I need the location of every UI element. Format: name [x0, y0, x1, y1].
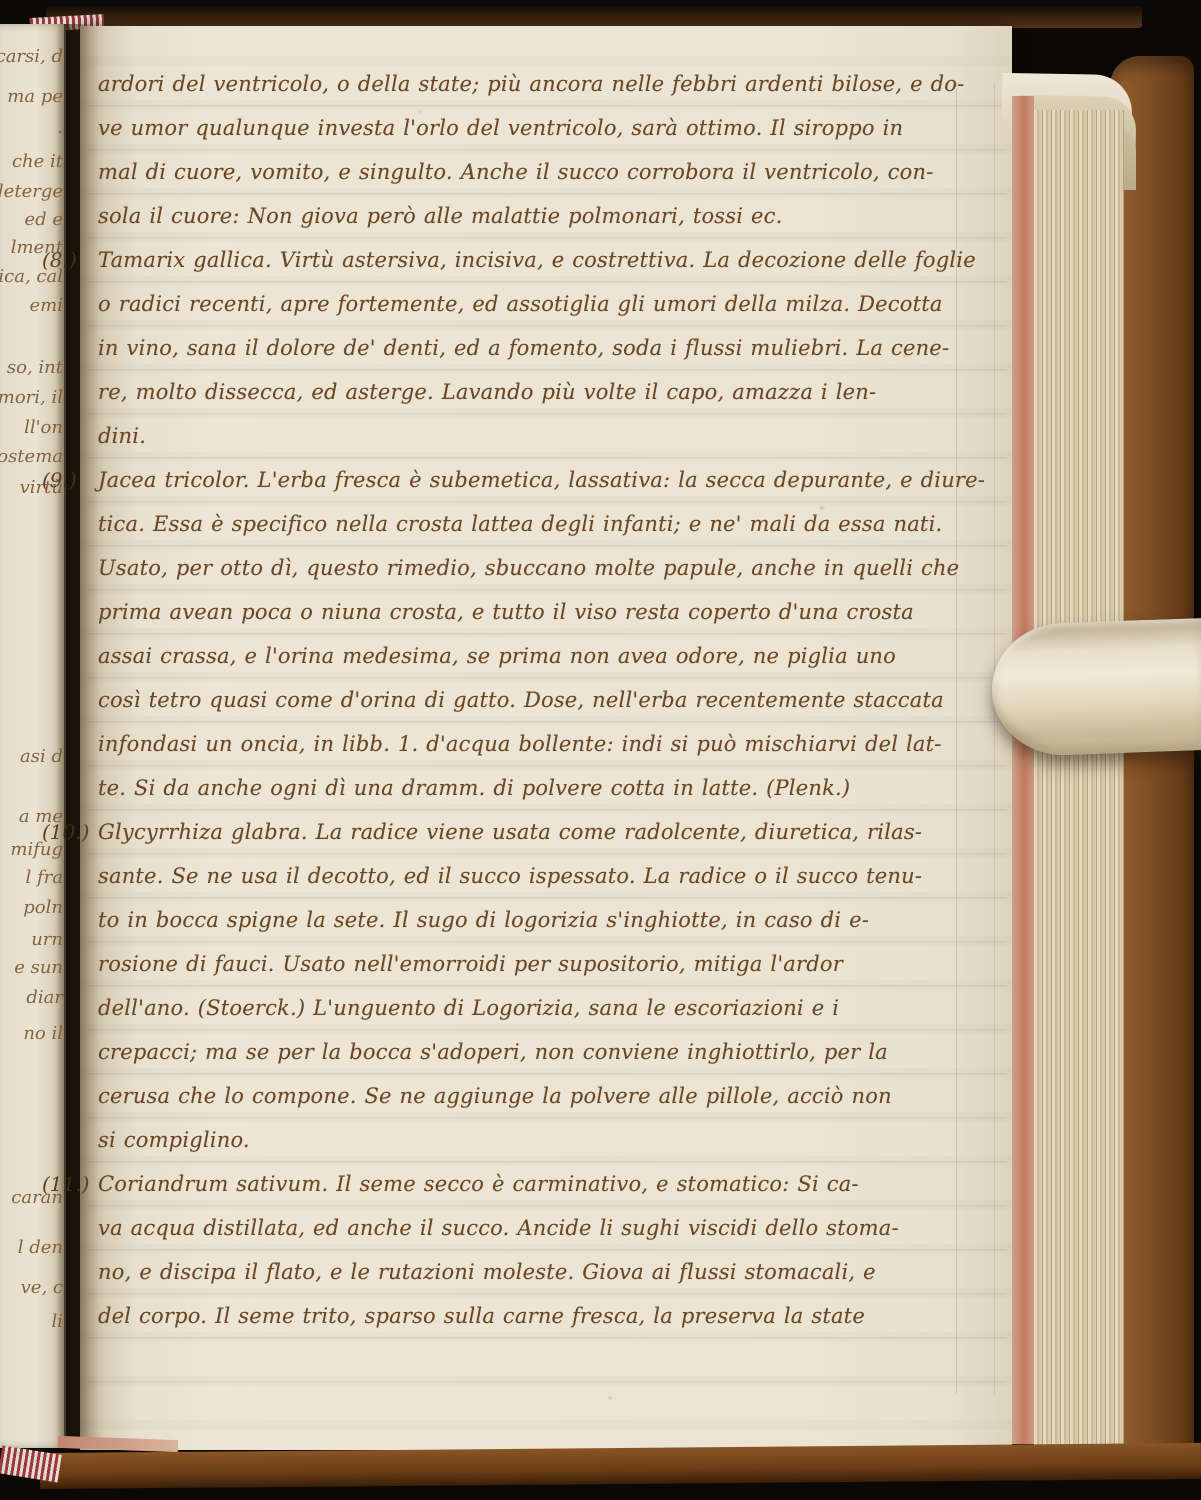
manuscript-line: mal di cuore, vomito, e singulto. Anche … [98, 150, 998, 194]
facing-page-fragment: urn [31, 929, 63, 951]
manuscript-line: così tetro quasi come d'orina di gatto. … [98, 678, 998, 722]
facing-page-fragment: mori, il [0, 387, 63, 409]
manuscript-entry: (8.)Tamarix gallica. Virtù astersiva, in… [98, 238, 998, 458]
manuscript-line: rosione di fauci. Usato nell'emorroidi p… [98, 942, 998, 986]
manuscript-line: tica. Essa è specifico nella crosta latt… [98, 502, 998, 546]
manuscript-line: crepacci; ma se per la bocca s'adoperi, … [98, 1030, 998, 1074]
facing-page-fragment: ll'on [24, 417, 63, 439]
manuscript-line: prima avean poca o niuna crosta, e tutto… [98, 590, 998, 634]
facing-page-fragment: poln [23, 897, 63, 919]
facing-page-fragment: ma pe [7, 86, 63, 108]
manuscript-line: in vino, sana il dolore de' denti, ed a … [98, 326, 998, 370]
manuscript-line: cerusa che lo compone. Se ne aggiunge la… [98, 1074, 998, 1118]
manuscript-entry: (11.)Coriandrum sativum. Il seme secco è… [98, 1162, 998, 1338]
manuscript-line: del corpo. Il seme trito, sparso sulla c… [98, 1294, 998, 1338]
facing-page-fragment: l den [18, 1237, 63, 1259]
facing-page-fragment: · [57, 122, 63, 144]
facing-page-fragment: l fra [26, 867, 63, 889]
manuscript-line: sante. Se ne usa il decotto, ed il succo… [98, 854, 998, 898]
facing-page-fragment: diar [26, 987, 63, 1009]
manuscript-line: o radici recenti, apre fortemente, ed as… [98, 282, 998, 326]
manuscript-line: si compiglino. [98, 1118, 998, 1162]
fore-edge-page-stack [1034, 110, 1124, 1448]
manuscript-page: ardori del ventricolo, o della state; pi… [80, 26, 1012, 1450]
facing-page-fragment: che it [12, 151, 63, 173]
facing-page-fragment: li [51, 1311, 63, 1333]
manuscript-photo: carsi, dma pe·che itdetergeed elmentica,… [0, 0, 1201, 1500]
manuscript-entry: (9.)Jacea tricolor. L'erba fresca è sube… [98, 458, 998, 810]
facing-page-fragment: emi [30, 295, 63, 317]
manuscript-line: to in bocca spigne la sete. Il sugo di l… [98, 898, 998, 942]
facing-page-fragment: deterge [0, 181, 63, 203]
facing-page-fragment: ve, c [21, 1277, 63, 1299]
entry-number: (11.) [42, 1162, 89, 1206]
book-cover-top-edge [46, 6, 1142, 28]
manuscript-line: Jacea tricolor. L'erba fresca è subemeti… [98, 458, 998, 502]
facing-page-fragment: no il [23, 1023, 63, 1045]
manuscript-line: Glycyrrhiza glabra. La radice viene usat… [98, 810, 998, 854]
manuscript-line: Usato, per otto dì, questo rimedio, sbuc… [98, 546, 998, 590]
facing-page-fragment: so, int [7, 357, 63, 379]
facing-page-fragment: carsi, d [0, 46, 63, 68]
striped-ribbon-bottom [0, 1445, 62, 1482]
manuscript-line: va acqua distillata, ed anche il succo. … [98, 1206, 998, 1250]
manuscript-entry: (10.)Glycyrrhiza glabra. La radice viene… [98, 810, 998, 1162]
entry-number: (9.) [42, 458, 77, 502]
manuscript-line: sola il cuore: Non giova però alle malat… [98, 194, 998, 238]
facing-page-fragment: asi d [20, 746, 63, 768]
manuscript-line: dell'ano. (Stoerck.) L'unguento di Logor… [98, 986, 998, 1030]
red-tinted-page-edge [1012, 96, 1034, 1444]
facing-page-fragment: ed e [24, 209, 63, 231]
entry-number: (8.) [42, 238, 77, 282]
manuscript-line: re, molto dissecca, ed asterge. Lavando … [98, 370, 998, 414]
manuscript-line: assai crassa, e l'orina medesima, se pri… [98, 634, 998, 678]
manuscript-line: dini. [98, 414, 998, 458]
manuscript-line: infondasi un oncia, in libb. 1. d'acqua … [98, 722, 998, 766]
manuscript-line: ve umor qualunque investa l'orlo del ven… [98, 106, 998, 150]
facing-page-fragment: e sun [14, 957, 63, 979]
manuscript-line: no, e discipa il flato, e le rutazioni m… [98, 1250, 998, 1294]
manuscript-line: Coriandrum sativum. Il seme secco è carm… [98, 1162, 998, 1206]
manuscript-line: te. Si da anche ogni dì una dramm. di po… [98, 766, 998, 810]
manuscript-line: Tamarix gallica. Virtù astersiva, incisi… [98, 238, 998, 282]
handwritten-text-block: ardori del ventricolo, o della state; pi… [98, 62, 998, 1338]
entry-number: (10.) [42, 810, 89, 854]
manuscript-line: ardori del ventricolo, o della state; pi… [98, 62, 998, 106]
ivory-page-turner [990, 618, 1201, 757]
